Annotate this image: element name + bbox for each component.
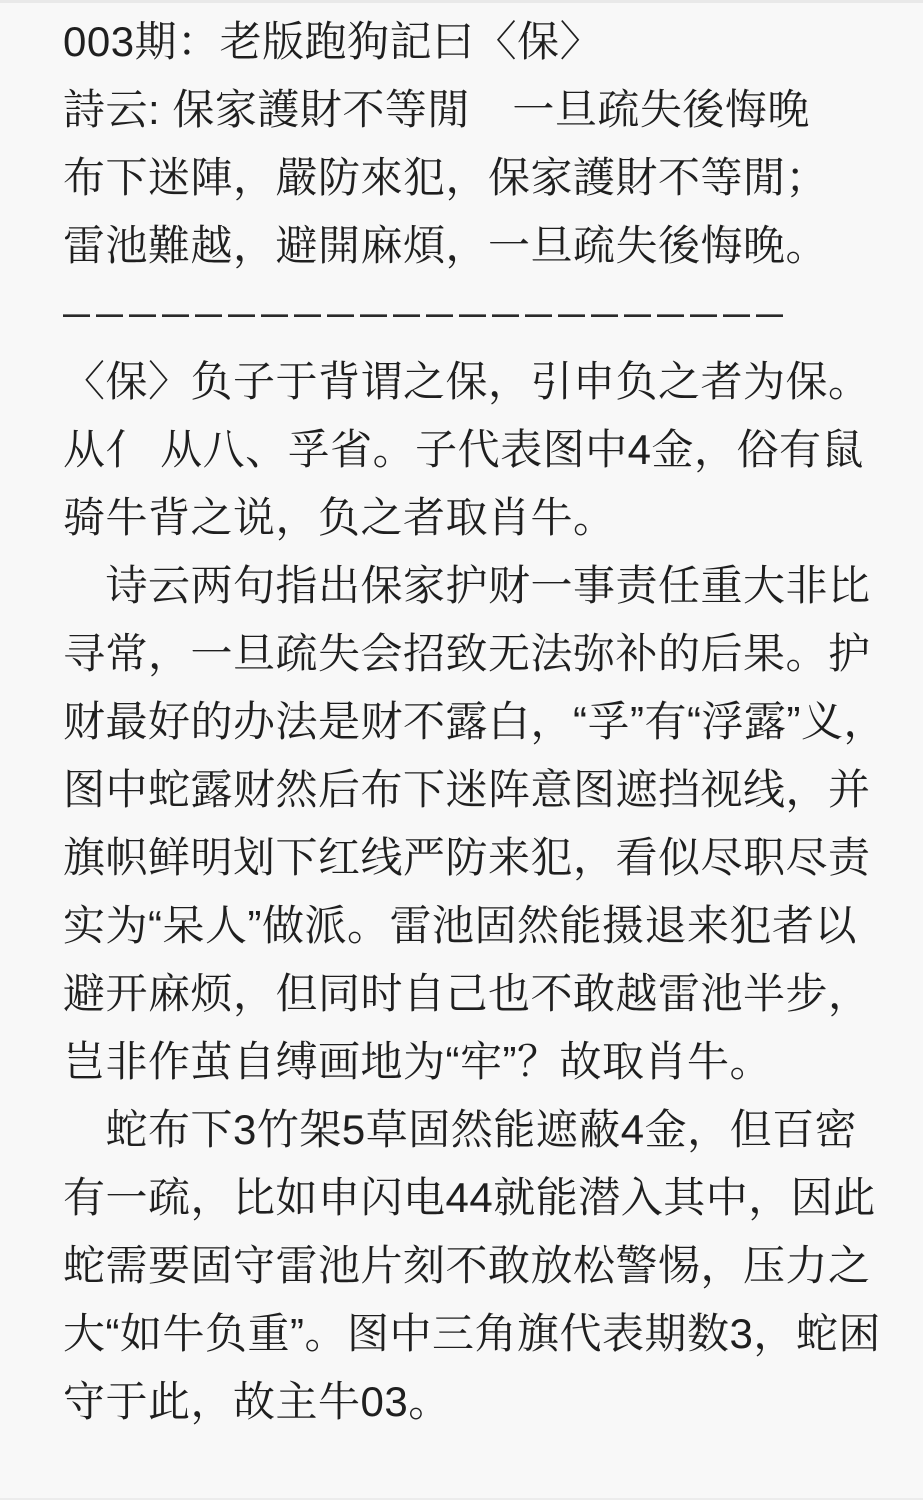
body-line: 实为“呆人”做派。雷池固然能摄退来犯者以: [63, 892, 885, 960]
body-line: 寻常，一旦疏失会招致无法弥补的后果。护: [63, 620, 885, 688]
body-line: 从亻 从八、孚省。子代表图中4金，俗有鼠: [63, 416, 885, 484]
body-line: 蛇布下3竹架5草固然能遮蔽4金，但百密: [63, 1096, 885, 1164]
page-title: 003期：老版跑狗記曰〈保〉: [63, 8, 885, 76]
page: { "colors": { "background": "#f8f8f8", "…: [0, 0, 923, 1500]
body-line: 图中蛇露财然后布下迷阵意图遮挡视线，并: [63, 756, 885, 824]
body-line: 旗帜鲜明划下红线严防来犯，看似尽职尽责: [63, 824, 885, 892]
body-line: 〈保〉负子于背谓之保，引申负之者为保。: [63, 348, 885, 416]
body-line: 大“如牛负重”。图中三角旗代表期数3，蛇困: [63, 1300, 885, 1368]
paragraph-poem-analysis: 诗云两句指出保家护财一事责任重大非比 寻常，一旦疏失会招致无法弥补的后果。护 财…: [63, 552, 885, 1096]
body-line: 蛇需要固守雷池片刻不敢放松警惕，压力之: [63, 1232, 885, 1300]
poem-line: 詩云: 保家護財不等閒 一旦疏失後悔晚: [63, 76, 885, 144]
body-line: 诗云两句指出保家护财一事责任重大非比: [63, 552, 885, 620]
top-edge-strip: [0, 0, 923, 3]
body-line: 财最好的办法是财不露白，“孚”有“浮露”义，: [63, 688, 885, 756]
body-line: 有一疏，比如申闪电44就能潜入其中，因此: [63, 1164, 885, 1232]
body-line: 岂非作茧自缚画地为“牢”？故取肖牛。: [63, 1028, 885, 1096]
body-line: 避开麻烦，但同时自己也不敢越雷池半步，: [63, 960, 885, 1028]
paragraph-picture-analysis: 蛇布下3竹架5草固然能遮蔽4金，但百密 有一疏，比如申闪电44就能潜入其中，因此…: [63, 1096, 885, 1436]
body-line: 守于此，故主牛03。: [63, 1368, 885, 1436]
paragraph-definition: 〈保〉负子于背谓之保，引申负之者为保。 从亻 从八、孚省。子代表图中4金，俗有鼠…: [63, 348, 885, 552]
poem-line: 雷池難越，避開麻煩，一旦疏失後悔晚。: [63, 212, 885, 280]
dashed-divider: ——————————————————————: [63, 280, 885, 348]
article-body: 003期：老版跑狗記曰〈保〉 詩云: 保家護財不等閒 一旦疏失後悔晚 布下迷陣，…: [63, 8, 885, 1436]
poem-line: 布下迷陣，嚴防來犯，保家護財不等閒；: [63, 144, 885, 212]
body-line: 骑牛背之说，负之者取肖牛。: [63, 484, 885, 552]
